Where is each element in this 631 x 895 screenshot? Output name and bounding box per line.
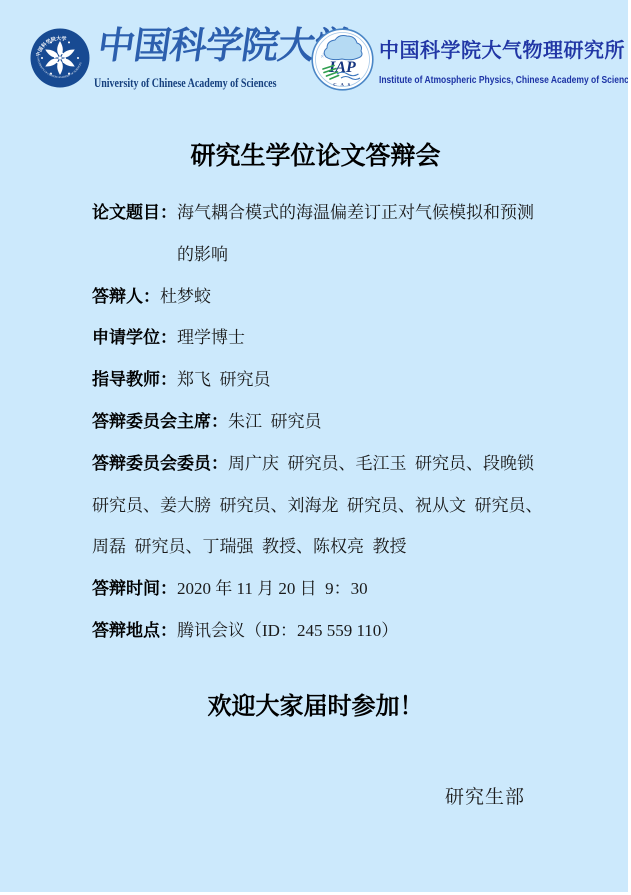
chair-label: 答辩委员会主席：: [92, 412, 228, 431]
iap-cas-text: C A S: [333, 82, 351, 87]
defender-value: 杜梦蛟: [160, 287, 211, 306]
field-chair: 答辩委员会主席：朱江 研究员: [92, 401, 556, 443]
thesis-title-label: 论文题目：: [92, 203, 177, 222]
iap-name-english: Institute of Atmospheric Physics, Chines…: [379, 74, 631, 86]
field-venue: 答辩地点：腾讯会议（ID：245 559 110）: [92, 610, 556, 652]
iap-emblem-logo: 中国科学院大气物理研究所 IAP C A S: [311, 28, 374, 91]
committee-members-line2: 研究员、姜大膀 研究员、刘海龙 研究员、祝从文 研究员、: [92, 496, 543, 515]
field-supervisor: 指导教师：郑飞 研究员: [92, 359, 556, 401]
announcement-body: 论文题目：海气耦合模式的海温偏差订正对气候模拟和预测 的影响 答辩人：杜梦蛟 申…: [92, 192, 556, 652]
thesis-title-value-line1: 海气耦合模式的海温偏差订正对气候模拟和预测: [177, 203, 534, 222]
supervisor-value: 郑飞 研究员: [177, 370, 271, 389]
defender-label: 答辩人：: [92, 287, 160, 306]
venue-label: 答辩地点：: [92, 621, 177, 640]
field-thesis-title-cont: 的影响: [92, 234, 556, 276]
iap-title-block: 中国科学院大气物理研究所 Institute of Atmospheric Ph…: [379, 36, 631, 86]
page-title: 研究生学位论文答辩会: [0, 136, 631, 172]
ucas-name-english: University of Chinese Academy of Science…: [94, 76, 296, 91]
iap-name-chinese: 中国科学院大气物理研究所: [379, 36, 631, 66]
venue-value: 腾讯会议（ID：245 559 110）: [177, 621, 398, 640]
degree-label: 申请学位：: [92, 328, 177, 347]
signature-department: 研究生部: [445, 786, 525, 810]
time-value: 2020 年 11 月 20 日 9：30: [177, 579, 368, 598]
committee-members-line3: 周磊 研究员、丁瑞强 教授、陈权亮 教授: [92, 537, 407, 556]
time-label: 答辩时间：: [92, 579, 177, 598]
welcome-message: 欢迎大家届时参加！: [0, 690, 631, 724]
field-thesis-title: 论文题目：海气耦合模式的海温偏差订正对气候模拟和预测: [92, 192, 556, 234]
committee-members-line1: 周广庆 研究员、毛江玉 研究员、段晚锁: [228, 454, 534, 473]
field-degree: 申请学位：理学博士: [92, 317, 556, 359]
field-committee-cont1: 研究员、姜大膀 研究员、刘海龙 研究员、祝从文 研究员、: [92, 485, 556, 527]
field-defender: 答辩人：杜梦蛟: [92, 276, 556, 318]
degree-value: 理学博士: [177, 328, 245, 347]
committee-label: 答辩委员会委员：: [92, 454, 228, 473]
field-committee: 答辩委员会委员：周广庆 研究员、毛江玉 研究员、段晚锁: [92, 443, 556, 485]
thesis-title-value-line2: 的影响: [177, 245, 228, 264]
ucas-seal-logo: 中国科学院大学 UNIVERSITY OF CHINESE ACADEMY OF…: [30, 28, 90, 88]
field-time: 答辩时间：2020 年 11 月 20 日 9：30: [92, 568, 556, 610]
ucas-title-block: 中国科学院大学 University of Chinese Academy of…: [94, 20, 346, 91]
defense-announcement-page: 中国科学院大学 UNIVERSITY OF CHINESE ACADEMY OF…: [0, 0, 631, 895]
supervisor-label: 指导教师：: [92, 370, 177, 389]
field-committee-cont2: 周磊 研究员、丁瑞强 教授、陈权亮 教授: [92, 526, 556, 568]
chair-value: 朱江 研究员: [228, 412, 322, 431]
